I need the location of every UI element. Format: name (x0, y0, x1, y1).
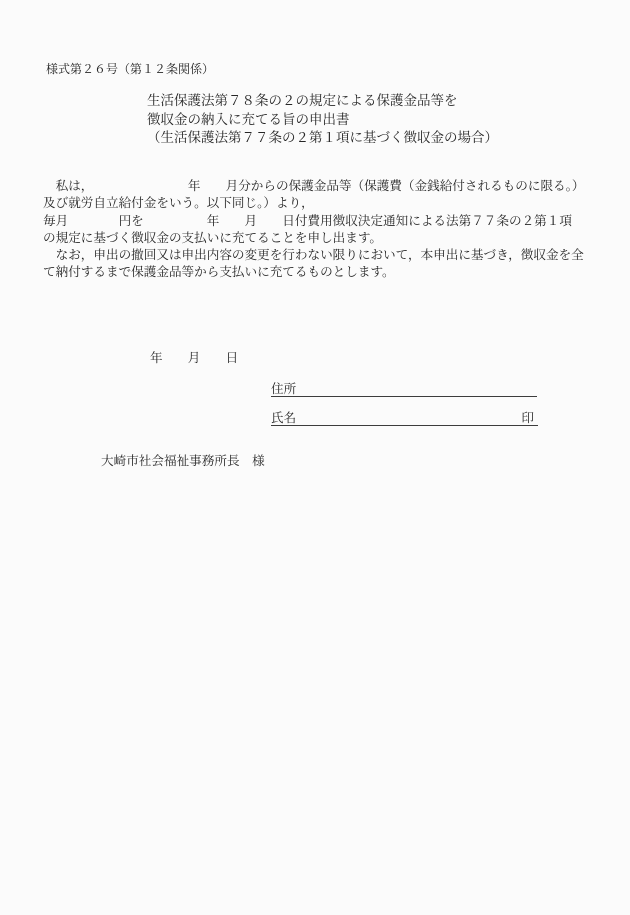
address-label: 住所 (271, 381, 296, 396)
title-line-3: （生活保護法第７７条の２第１項に基づく徴収金の場合） (147, 129, 498, 148)
document-title: 生活保護法第７８条の２の規定による保護金品等を 徴収金の納入に充てる旨の申出書 … (147, 92, 498, 148)
name-label: 氏名 (271, 410, 296, 425)
application-form-page: 様式第２６号（第１２条関係） 生活保護法第７８条の２の規定による保護金品等を 徴… (0, 0, 630, 915)
date-blank-line: 年 月 日 (150, 350, 238, 366)
title-line-1: 生活保護法第７８条の２の規定による保護金品等を (147, 92, 498, 111)
body-line-3: 毎月 円を 年 月 日付費用徴収決定通知による法第７７条の２第１項 (43, 212, 609, 229)
body-line-4: の規定に基づく徴収金の支払いに充てることを申し出ます。 (43, 229, 609, 246)
recipient-line: 大崎市社会福祉事務所長 様 (101, 453, 265, 469)
address-field-row: 住所 (271, 381, 537, 397)
body-line-5: なお，申出の撤回又は申出内容の変更を行わない限りにおいて，本申出に基づき，徴収金… (43, 246, 609, 263)
body-line-6: て納付するまで保護金品等から支払いに充てるものとします。 (43, 263, 609, 280)
body-line-2: 及び就労自立給付金をいう。以下同じ。）より， (43, 194, 609, 211)
name-field-row: 氏名 印 (271, 410, 538, 426)
seal-label: 印 (521, 410, 538, 425)
body-line-1: 私は， 年 月分からの保護金品等（保護費（金銭給付されるものに限る。） (43, 177, 609, 194)
body-paragraph: 私は， 年 月分からの保護金品等（保護費（金銭給付されるものに限る。） 及び就労… (43, 177, 609, 281)
form-number: 様式第２６号（第１２条関係） (46, 61, 214, 77)
title-line-2: 徴収金の納入に充てる旨の申出書 (147, 111, 498, 130)
